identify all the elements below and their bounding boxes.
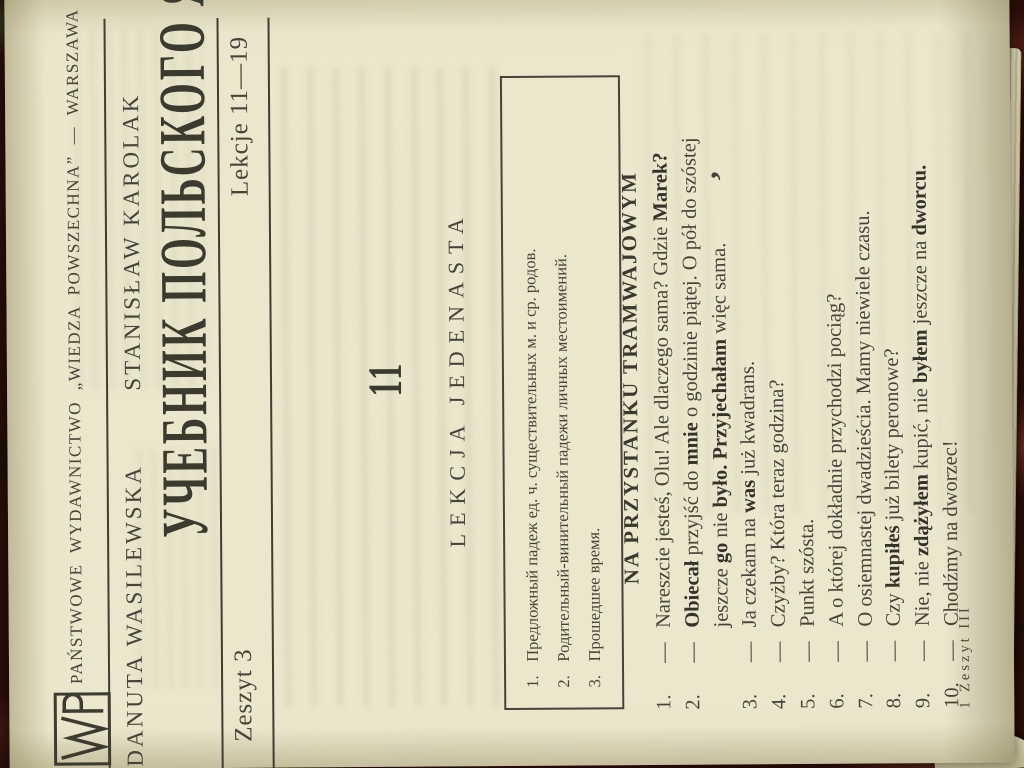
dialogue-line: 3.—Ja czekam na was już kwadrans.	[733, 0, 766, 764]
dialogue-text: jeszcze go nie było. Przyjechałam więc s…	[704, 13, 735, 627]
photo-of-book: { "colors": { "page_paper": "#ebe7cd", "…	[0, 0, 1024, 768]
series-row: Zeszyt 3 Lekcje 11—19	[226, 36, 259, 742]
dialogue-dash: —	[680, 642, 707, 663]
dialogue-line: 2.—Obiecał przyjść do mnie o godzinie pi…	[675, 0, 708, 765]
topic-number: 3.	[579, 661, 610, 687]
dialogue-dash: —	[910, 641, 937, 662]
topic-number: 2.	[548, 662, 579, 688]
dialogue-text: Czy kupiłeś już bilety peronowe?	[877, 12, 908, 626]
dialogue-text: Nie, nie zdążyłem kupić, nie byłem jeszc…	[906, 12, 937, 626]
dialogue-text: O osiemnastej dwadzieścia. Mamy niewiele…	[848, 12, 879, 626]
topic-text: Предложный падеж ед. ч. существительных …	[513, 94, 548, 662]
dialogue-text: Obiecał przyjść do mnie o godzinie piąte…	[675, 14, 706, 628]
topic-text: Родительный-винительный падежи личных ме…	[544, 94, 579, 662]
dialogue-dash: —	[824, 641, 851, 662]
lekcje-range-label: Lekcje 11—19	[226, 36, 255, 197]
dialogue-dash: —	[737, 642, 764, 663]
dialogue-number: 4.	[766, 694, 793, 710]
dialogue-dash: —	[881, 641, 908, 662]
dialogue-text: Ja czekam na was już kwadrans.	[733, 13, 764, 627]
dialogue-text: Punkt szósta.	[790, 13, 821, 627]
dialogue-heading: NA PRZYSTANKU TRAMWAJOWYM	[615, 0, 645, 765]
zeszyt-label: Zeszyt 3	[230, 648, 259, 742]
dialogue-dash: —	[766, 642, 793, 663]
dialogue-line: 6.—A o której dokładnie przychodzi pocią…	[819, 0, 852, 764]
dialogue-line: 8.—Czy kupiłeś już bilety peronowe?	[877, 0, 910, 763]
topic-number: 1.	[517, 662, 548, 688]
book-page: PAŃSTWOWE WYDAWNICTWO „WIEDZA POWSZECHNA…	[4, 0, 1014, 768]
dialogue-text: Nareszcie jesteś, Olu! Ale dlaczego sama…	[646, 14, 677, 628]
signature-footer: 1 Zeszyt III	[957, 605, 975, 709]
dialogue-number: 2.	[680, 694, 707, 710]
series-rule-bottom	[267, 18, 275, 768]
topic-item: 2.Родительный-винительный падежи личных …	[544, 94, 579, 688]
dialogue-line: 5.—Punkt szósta.	[790, 0, 823, 764]
dialogue-number: 3.	[738, 694, 765, 710]
book-title: УЧЕБНИК ПОЛЬСКОГО ЯЗЫКА	[144, 0, 225, 768]
dialogue-number: 9.	[910, 693, 937, 709]
dialogue-text: A o której dokładnie przychodzi pociąg?	[819, 13, 850, 627]
dialogue-line: 7.—O osiemnastej dwadzieścia. Mamy niewi…	[848, 0, 881, 764]
dialogue-dash: —	[651, 642, 678, 663]
publisher-wp-logo-icon	[53, 692, 112, 766]
lesson-heading: LEKCJA JEDENASTA	[441, 0, 472, 766]
author-name-1: DANUTA WASILEWSKA	[121, 464, 149, 767]
dialogue-dash: —	[795, 641, 822, 662]
author-name-2: STANISŁAW KAROLAK	[118, 93, 146, 391]
dialogue-number: 8.	[882, 693, 909, 709]
dialogue-text: Chodźmy na dworzec!	[934, 12, 965, 626]
topic-text: Прошедшее время.	[575, 93, 610, 661]
dialogue-text: Czyżby? Która teraz godzina?	[762, 13, 793, 627]
topic-item: 3.Прошедшее время.	[575, 93, 610, 687]
dialogue-dash: —	[852, 641, 879, 662]
lesson-number: 11	[355, 0, 415, 767]
header-rule	[103, 19, 111, 768]
dialogue-line: 9.—Nie, nie zdążyłem kupić, nie byłem je…	[905, 0, 938, 763]
publisher-line: PAŃSTWOWE WYDAWNICTWO „WIEDZA POWSZECHNA…	[63, 29, 88, 684]
dialogue-number: 5.	[795, 693, 822, 709]
dialogue-line: 1.—Nareszcie jesteś, Olu! Ale dlaczego s…	[646, 0, 679, 765]
dialogue-number: 6.	[824, 693, 851, 709]
dialogue-number: 7.	[853, 693, 880, 709]
topic-item: 1.Предложный падеж ед. ч. существительны…	[513, 94, 548, 688]
lesson-topics-box: 1.Предложный падеж ед. ч. существительны…	[500, 75, 624, 710]
dialogue-line: 4.—Czyżby? Która teraz godzina?	[761, 0, 794, 764]
dialogue-line: jeszcze go nie było. Przyjechałam więc s…	[704, 0, 737, 765]
dialogue-number: 1.	[651, 694, 678, 710]
